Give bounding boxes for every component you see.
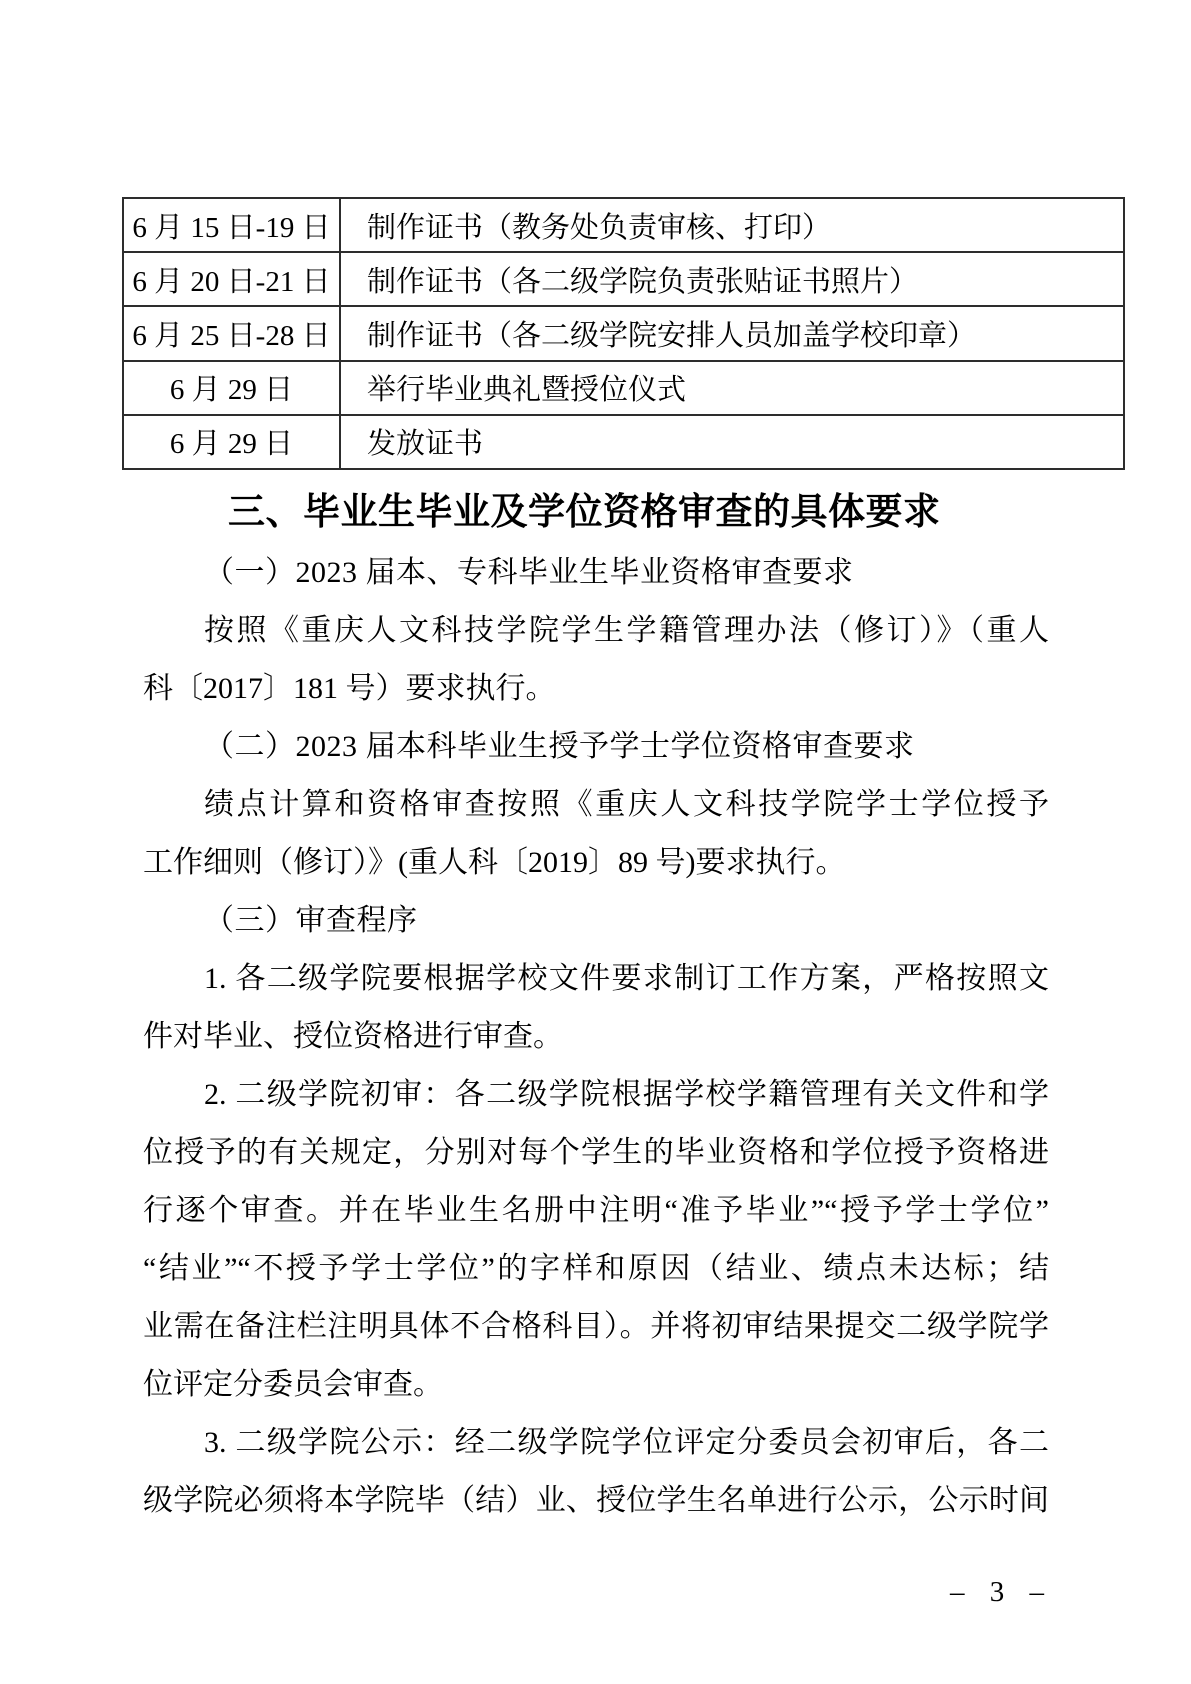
table-row: 6 月 20 日-21 日 制作证书（各二级学院负责张贴证书照片） bbox=[123, 252, 1124, 306]
paragraph-line: “结业”“不授予学士学位”的字样和原因（结业、绩点未达标；结 bbox=[143, 1240, 1049, 1298]
subsection-heading-3: （三）审查程序 bbox=[143, 892, 1049, 950]
paragraph-line: 级学院必须将本学院毕（结）业、授位学生名单进行公示，公示时间 bbox=[143, 1472, 1049, 1530]
paragraph-line: 工作细则（修订）》(重人科〔2019〕89 号)要求执行。 bbox=[143, 834, 1049, 892]
paragraph-line: 行逐个审查。并在毕业生名册中注明“准予毕业”“授予学士学位” bbox=[143, 1182, 1049, 1240]
paragraph-line: 2. 二级学院初审：各二级学院根据学校学籍管理有关文件和学 bbox=[143, 1066, 1049, 1124]
paragraph-line: 业需在备注栏注明具体不合格科目）。并将初审结果提交二级学院学 bbox=[143, 1298, 1049, 1356]
schedule-date-cell: 6 月 29 日 bbox=[123, 361, 340, 415]
paragraph-line: 绩点计算和资格审查按照《重庆人文科技学院学士学位授予 bbox=[143, 776, 1049, 834]
table-row: 6 月 15 日-19 日 制作证书（教务处负责审核、打印） bbox=[123, 198, 1124, 252]
schedule-date-cell: 6 月 15 日-19 日 bbox=[123, 198, 340, 252]
schedule-task-cell: 制作证书（教务处负责审核、打印） bbox=[340, 198, 1124, 252]
paragraph-line: 1. 各二级学院要根据学校文件要求制订工作方案，严格按照文 bbox=[143, 950, 1049, 1008]
schedule-table: 6 月 15 日-19 日 制作证书（教务处负责审核、打印） 6 月 20 日-… bbox=[122, 197, 1125, 470]
schedule-task-cell: 制作证书（各二级学院负责张贴证书照片） bbox=[340, 252, 1124, 306]
table-row: 6 月 29 日 发放证书 bbox=[123, 415, 1124, 469]
table-row: 6 月 25 日-28 日 制作证书（各二级学院安排人员加盖学校印章） bbox=[123, 306, 1124, 360]
paragraph-line: 按照《重庆人文科技学院学生学籍管理办法（修订）》（重人 bbox=[143, 602, 1049, 660]
schedule-date-cell: 6 月 29 日 bbox=[123, 415, 340, 469]
schedule-date-cell: 6 月 20 日-21 日 bbox=[123, 252, 340, 306]
paragraph-line: 件对毕业、授位资格进行审查。 bbox=[143, 1008, 1049, 1066]
document-page: 6 月 15 日-19 日 制作证书（教务处负责审核、打印） 6 月 20 日-… bbox=[0, 0, 1191, 1684]
schedule-task-cell: 制作证书（各二级学院安排人员加盖学校印章） bbox=[340, 306, 1124, 360]
paragraph-line: 位授予的有关规定，分别对每个学生的毕业资格和学位授予资格进 bbox=[143, 1124, 1049, 1182]
schedule-task-cell: 举行毕业典礼暨授位仪式 bbox=[340, 361, 1124, 415]
paragraph-line: 位评定分委员会审查。 bbox=[143, 1356, 1049, 1414]
table-row: 6 月 29 日 举行毕业典礼暨授位仪式 bbox=[123, 361, 1124, 415]
schedule-task-cell: 发放证书 bbox=[340, 415, 1124, 469]
paragraph-line: 科〔2017〕181 号）要求执行。 bbox=[143, 660, 1049, 718]
schedule-date-cell: 6 月 25 日-28 日 bbox=[123, 306, 340, 360]
subsection-heading-1: （一）2023 届本、专科毕业生毕业资格审查要求 bbox=[143, 544, 1049, 602]
page-number: – 3 – bbox=[950, 1576, 1046, 1609]
body-text: （一）2023 届本、专科毕业生毕业资格审查要求 按照《重庆人文科技学院学生学籍… bbox=[143, 544, 1049, 1530]
section-heading: 三、毕业生毕业及学位资格审查的具体要求 bbox=[143, 482, 1103, 542]
paragraph-line: 3. 二级学院公示：经二级学院学位评定分委员会初审后，各二 bbox=[143, 1414, 1049, 1472]
subsection-heading-2: （二）2023 届本科毕业生授予学士学位资格审查要求 bbox=[143, 718, 1049, 776]
